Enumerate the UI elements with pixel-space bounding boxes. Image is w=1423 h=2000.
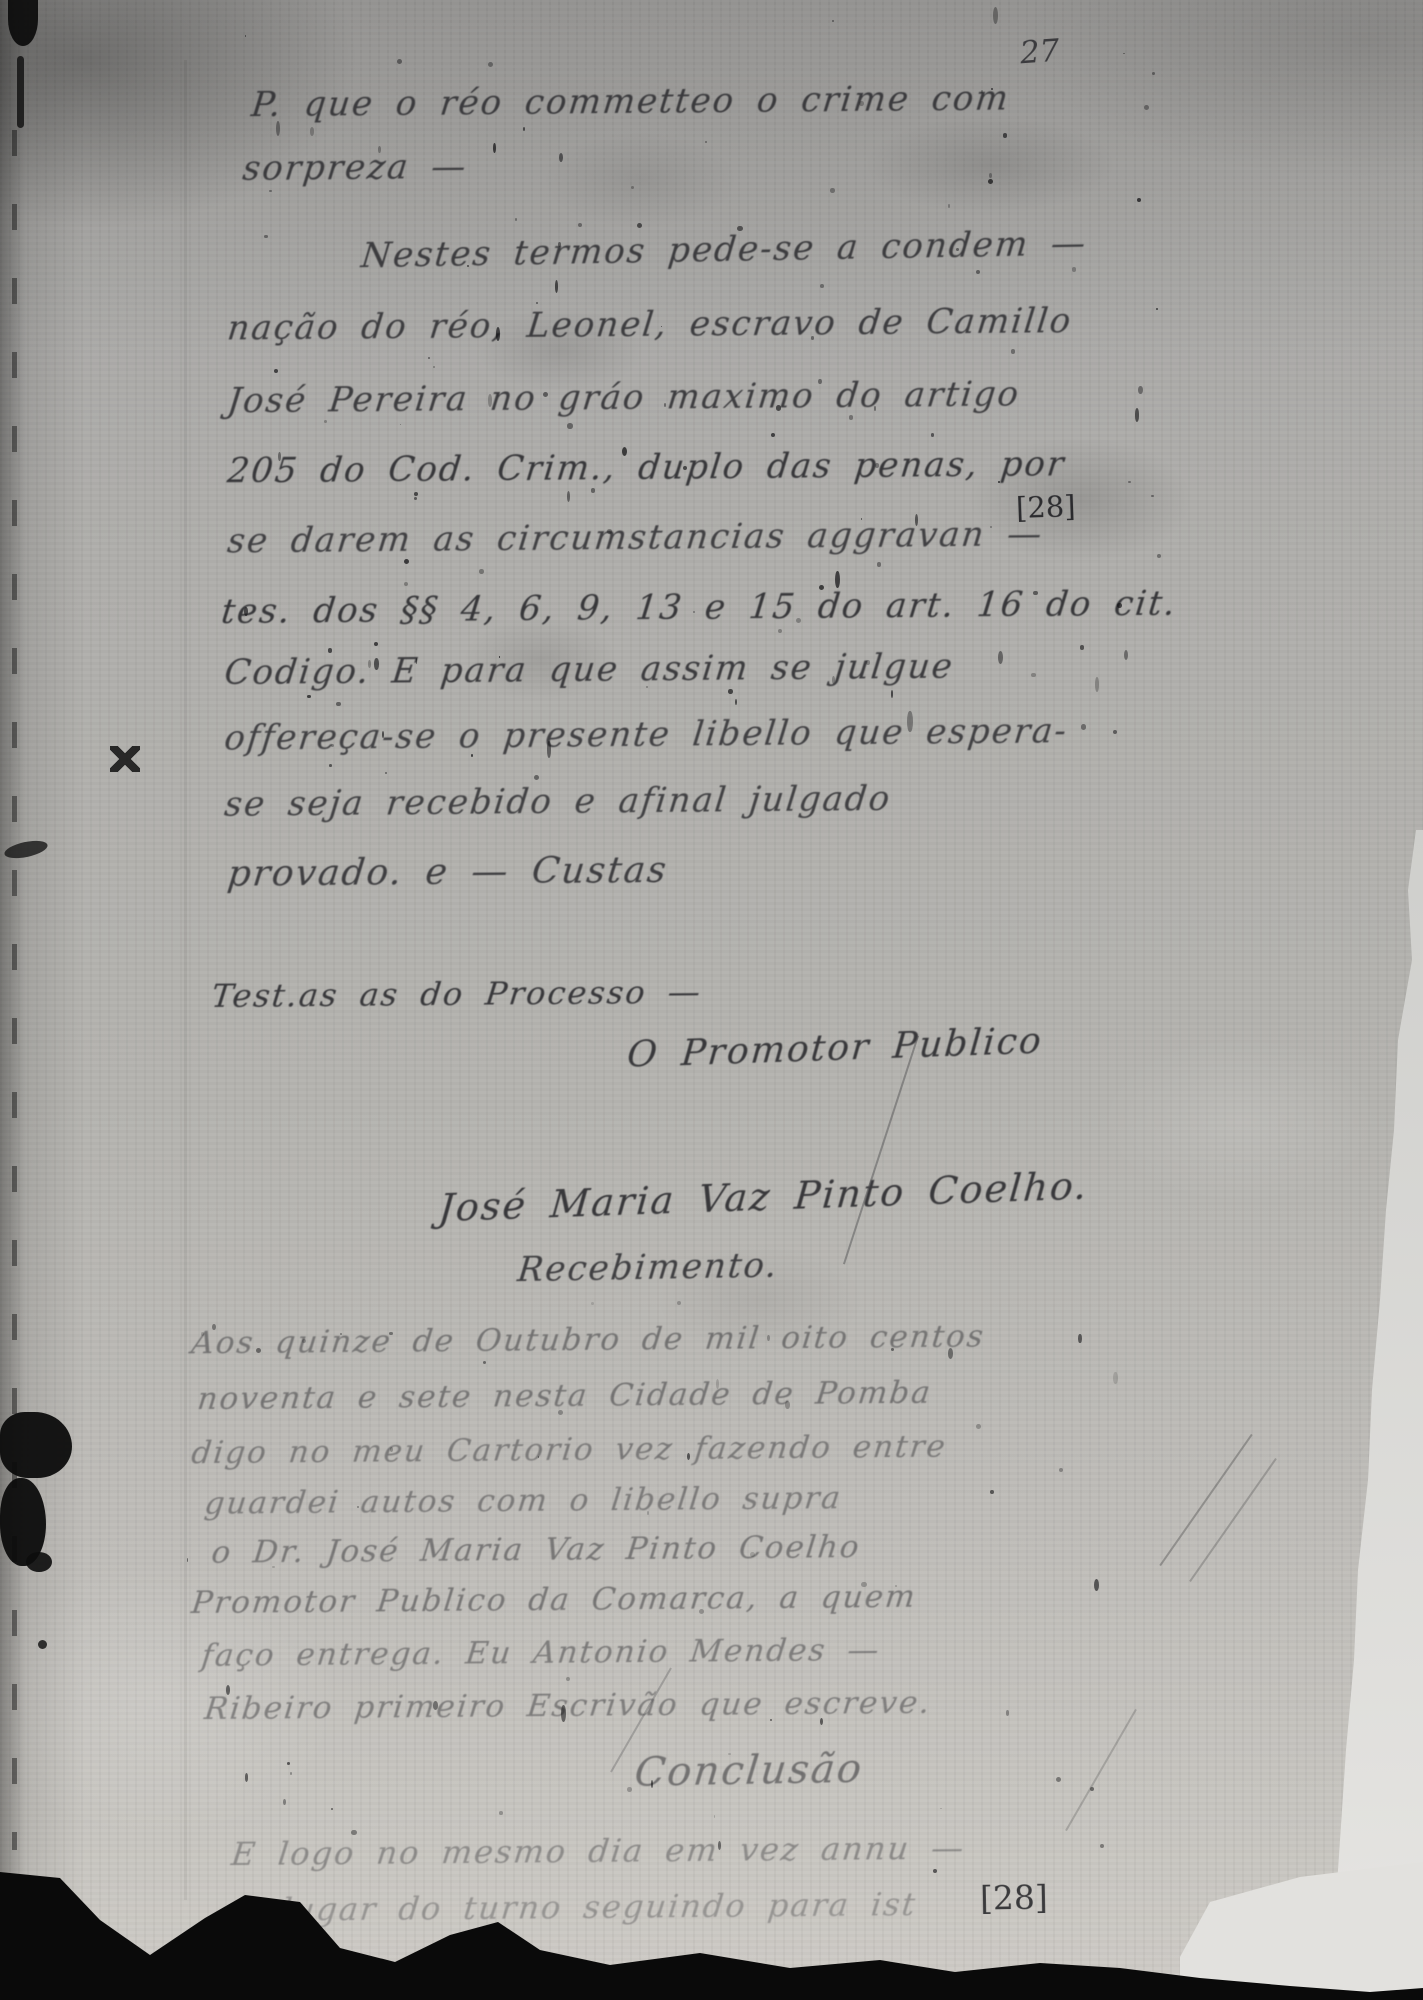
ink-speck: [331, 1808, 333, 1810]
ink-speck: [1056, 1777, 1061, 1782]
ink-speck: [433, 1701, 438, 1710]
ink-speck: [374, 642, 378, 646]
ink-speck: [479, 569, 484, 574]
ink-speck: [245, 1773, 249, 1782]
ink-speck: [566, 1677, 570, 1681]
ink-speck: [414, 492, 418, 496]
ink-speck: [940, 1808, 942, 1810]
ink-speck: [499, 656, 501, 658]
manuscript-line: o Dr. José Maria Vaz Pinto Coelho: [210, 1529, 863, 1571]
ink-blot: [38, 1640, 47, 1649]
ink-speck: [329, 764, 332, 767]
ink-speck: [776, 405, 781, 410]
scratch-mark: [1159, 1434, 1252, 1566]
ink-speck: [340, 1333, 342, 1335]
ink-speck: [278, 452, 281, 461]
ink-speck: [637, 223, 642, 228]
ink-speck: [931, 433, 935, 437]
ink-speck: [428, 357, 430, 359]
ink-speck: [875, 463, 879, 467]
manuscript-line: se seja recebido e afinal julgado: [222, 779, 893, 825]
scanned-manuscript-page: P. que o réo commetteo o crime comsorpre…: [0, 0, 1423, 2000]
ink-speck: [976, 270, 980, 274]
ink-speck: [651, 1780, 653, 1788]
manuscript-line: se darem as circumstancias aggravan —: [225, 514, 1045, 561]
ink-speck: [1011, 349, 1016, 354]
ink-speck: [877, 562, 881, 566]
manuscript-line: digo no meu Cartorio vez fazendo entre: [190, 1429, 949, 1472]
ink-speck: [993, 7, 998, 23]
ink-speck: [244, 607, 248, 617]
manuscript-line: José Pereira no gráo maximo do artigo: [225, 375, 1022, 422]
ink-speck: [414, 497, 417, 500]
ink-speck: [591, 488, 596, 493]
ink-speck: [990, 1490, 994, 1494]
ink-speck: [523, 127, 525, 131]
page-number: 27: [1019, 33, 1061, 72]
manuscript-line: Nestes termos pede-se a condem —: [359, 224, 1089, 277]
ink-speck: [891, 1348, 894, 1351]
ink-speck: [1117, 603, 1122, 608]
ink-speck: [661, 326, 663, 328]
ink-speck: [357, 1506, 359, 1508]
manuscript-line: lugar do turno seguindo para ist: [280, 1885, 919, 1929]
ink-speck: [212, 1324, 216, 1331]
ink-speck: [245, 35, 247, 37]
ink-speck: [820, 1718, 823, 1725]
ink-speck: [1006, 1710, 1010, 1716]
ink-speck: [998, 651, 1003, 664]
ink-speck: [536, 302, 538, 304]
ink-speck: [1156, 308, 1158, 310]
ink-speck: [1151, 495, 1153, 497]
ink-speck: [302, 1339, 306, 1343]
ink-speck: [818, 379, 821, 384]
ink-speck: [714, 1815, 716, 1818]
ink-speck: [771, 433, 775, 437]
ink-speck: [538, 1456, 540, 1458]
scan-edge-left-marks: [12, 130, 17, 1850]
ink-speck: [767, 1335, 770, 1341]
ink-speck: [693, 611, 695, 613]
ink-speck: [351, 1830, 356, 1835]
manuscript-line: Codigo. E para que assim se julgue: [222, 647, 956, 693]
ink-speck: [646, 686, 648, 688]
manuscript-line: Recebimento.: [516, 1246, 781, 1291]
ink-speck: [622, 447, 627, 456]
ink-speck: [400, 424, 402, 426]
ink-speck: [735, 699, 737, 705]
ink-speck: [1100, 1844, 1104, 1848]
ink-speck: [467, 265, 469, 267]
ink-speck: [770, 1719, 772, 1721]
ink-speck: [201, 1332, 204, 1335]
ink-speck: [433, 366, 435, 368]
ink-speck: [471, 754, 474, 757]
ink-blot: [0, 1412, 72, 1478]
ink-speck: [496, 327, 500, 341]
ink-speck: [534, 775, 539, 780]
ink-speck: [699, 1609, 704, 1614]
ink-speck: [1128, 481, 1130, 483]
ink-speck: [728, 1753, 731, 1756]
ink-speck: [861, 1582, 866, 1587]
manuscript-line: Test.as as do Processo —: [210, 973, 705, 1015]
ink-speck: [397, 59, 402, 64]
ink-blot: [3, 838, 49, 862]
paper-texture: [0, 0, 1423, 2000]
ink-speck: [866, 660, 871, 665]
scan-edge-left: [0, 0, 26, 2000]
ink-blot-cross: [110, 746, 140, 772]
manuscript-line: Promotor Publico da Comarca, a quem: [190, 1579, 919, 1621]
ink-specks: [0, 0, 1423, 2000]
ink-speck: [264, 235, 268, 239]
manuscript-line: guardei autos com o libello supra: [203, 1480, 844, 1522]
ink-speck: [1033, 591, 1038, 596]
manuscript-line: provado. e — Custas: [225, 850, 670, 895]
ink-speck: [990, 526, 992, 528]
ink-speck: [307, 695, 311, 699]
manuscript-line: E logo no mesmo dia em vez annu —: [229, 1829, 967, 1873]
ink-speck: [547, 741, 552, 758]
ink-speck: [389, 1332, 393, 1336]
ink-speck: [567, 491, 570, 502]
ink-speck: [705, 141, 707, 143]
ink-speck: [933, 1869, 937, 1873]
ink-speck: [976, 1424, 981, 1429]
ink-speck: [368, 660, 371, 667]
scratch-mark: [1189, 1458, 1277, 1582]
ink-speck: [819, 585, 824, 590]
manuscript-line: offereça-se o presente libello que esper…: [222, 711, 1070, 758]
manuscript-line: 205 do Cod. Crim., duplo das penas, por: [225, 444, 1067, 491]
ink-speck: [607, 529, 612, 534]
ink-speck: [283, 1799, 286, 1805]
ink-speck: [567, 423, 572, 428]
ink-speck: [287, 1762, 290, 1765]
ink-speck: [647, 1511, 649, 1515]
ink-speck: [664, 403, 666, 407]
ink-speck: [998, 481, 1000, 483]
ink-speck: [1090, 1787, 1094, 1791]
ink-speck: [493, 143, 496, 153]
ink-speck: [1123, 53, 1125, 55]
ink-speck: [1078, 1334, 1081, 1343]
ink-speck: [378, 146, 381, 152]
ink-speck: [1137, 198, 1141, 202]
ink-speck: [336, 702, 341, 707]
ink-speck: [1135, 408, 1139, 421]
ink-speck: [1003, 133, 1007, 137]
ink-speck: [488, 62, 493, 67]
ink-speck: [272, 1566, 274, 1568]
ink-speck: [1031, 673, 1036, 678]
ink-speck: [796, 618, 801, 623]
ink-speck: [1113, 1372, 1117, 1384]
ink-speck: [561, 1705, 566, 1721]
ink-speck: [1081, 724, 1086, 729]
ink-speck: [981, 90, 984, 93]
ink-speck: [559, 153, 563, 162]
manuscript-line: José Maria Vaz Pinto Coelho.: [437, 1164, 1091, 1231]
paper-crease: [184, 60, 187, 1900]
ink-speck: [832, 676, 835, 684]
ink-speck: [988, 179, 993, 184]
archival-mark-lower: [28]: [980, 1877, 1048, 1917]
ink-speck: [416, 658, 418, 664]
ink-speck: [310, 127, 314, 136]
scratch-mark: [1065, 1709, 1137, 1831]
ink-speck: [256, 1348, 261, 1353]
ink-speck: [591, 1302, 594, 1305]
ink-speck: [718, 1841, 721, 1850]
ink-speck: [915, 514, 918, 526]
ink-speck: [390, 1447, 393, 1452]
manuscript-line: Ribeiro primeiro Escrivão que escreve.: [203, 1685, 934, 1727]
ink-speck: [861, 518, 863, 520]
ink-speck: [830, 188, 835, 193]
manuscript-text: P. que o réo commetteo o crime comsorpre…: [0, 0, 1423, 2000]
ink-speck: [956, 248, 959, 251]
ink-speck: [328, 648, 332, 652]
scratch-mark: [610, 1668, 672, 1773]
ink-speck: [1113, 730, 1117, 734]
ink-speck: [948, 204, 950, 208]
manuscript-line: Conclusão: [632, 1746, 865, 1796]
manuscript-line: faço entrega. Eu Antonio Mendes —: [200, 1632, 883, 1674]
manuscript-line: P. que o réo commetteo o crime com: [249, 79, 1012, 126]
ink-speck: [404, 559, 409, 564]
torn-edge-bottom: [0, 1850, 1423, 2000]
ink-speck: [374, 658, 378, 669]
ink-speck: [269, 190, 271, 192]
ink-speck: [750, 1552, 755, 1557]
ink-speck: [832, 20, 834, 22]
ink-blot: [17, 56, 24, 128]
ink-speck: [874, 406, 876, 411]
archival-mark-upper: [28]: [1015, 489, 1076, 525]
ink-speck: [331, 744, 335, 748]
ink-speck: [948, 1348, 953, 1359]
manuscript-line: sorpreza —: [241, 147, 470, 189]
ink-stains: [0, 0, 1423, 2000]
ink-speck: [728, 689, 733, 694]
ink-speck: [226, 1685, 230, 1695]
ink-speck: [895, 1585, 897, 1587]
ink-speck: [290, 1772, 292, 1774]
ink-speck: [907, 711, 912, 731]
ink-speck: [811, 336, 815, 340]
ink-speck: [578, 223, 582, 227]
ink-speck: [1157, 554, 1161, 558]
ink-speck: [274, 369, 278, 373]
ink-speck: [1059, 1468, 1064, 1473]
ink-speck: [385, 772, 387, 774]
manuscript-line: tes. dos §§ 4, 6, 9, 13 e 15 do art. 16 …: [219, 584, 1179, 632]
ink-blot: [0, 1478, 46, 1566]
ink-blot: [8, 0, 38, 46]
ink-speck: [849, 415, 853, 419]
ink-speck: [499, 1811, 503, 1815]
ink-speck: [989, 173, 992, 178]
ink-speck: [891, 690, 894, 697]
ink-speck: [835, 571, 840, 589]
ink-speck: [1144, 105, 1149, 110]
ink-speck: [737, 226, 742, 231]
manuscript-line: Aos quinze de Outubro de mil oito centos: [190, 1319, 987, 1362]
ink-speck: [558, 242, 561, 247]
ink-speck: [382, 731, 384, 739]
ink-speck: [716, 1379, 719, 1389]
ink-speck: [555, 280, 558, 293]
ink-speck: [820, 284, 824, 288]
ink-speck: [515, 218, 517, 220]
ink-speck: [1072, 267, 1076, 271]
ink-speck: [1124, 650, 1128, 660]
ink-speck: [1094, 1579, 1099, 1591]
ink-speck: [631, 186, 634, 189]
ink-speck: [276, 121, 280, 136]
ink-speck: [1080, 645, 1085, 650]
scratch-mark: [843, 1036, 919, 1265]
ink-speck: [488, 394, 493, 407]
manuscript-line: O Promotor Publico: [625, 1021, 1044, 1076]
ink-speck: [991, 88, 993, 90]
ink-blot: [26, 1552, 52, 1572]
ink-speck: [1138, 386, 1143, 395]
manuscript-line: nação do réo, Leonel, escravo de Camillo: [225, 301, 1074, 348]
ink-speck: [627, 1787, 632, 1792]
ink-speck: [683, 466, 687, 470]
ink-speck: [859, 101, 864, 106]
torn-edge-bottom-right: [1180, 1862, 1423, 1990]
ink-speck: [404, 582, 408, 586]
manuscript-line: noventa e sete nesta Cidade de Pomba: [196, 1375, 934, 1417]
ink-speck: [543, 392, 548, 397]
ink-speck: [687, 1453, 690, 1460]
ink-speck: [778, 629, 782, 633]
ink-speck: [1152, 72, 1155, 75]
ink-speck: [1095, 677, 1099, 691]
scan-shading: [0, 0, 1423, 2000]
ink-speck: [785, 1401, 790, 1409]
ink-speck: [324, 420, 327, 423]
ink-speck: [558, 1410, 563, 1415]
ink-speck: [483, 1361, 486, 1364]
ink-speck: [677, 1301, 681, 1305]
torn-edge-right: [1328, 830, 1423, 2000]
